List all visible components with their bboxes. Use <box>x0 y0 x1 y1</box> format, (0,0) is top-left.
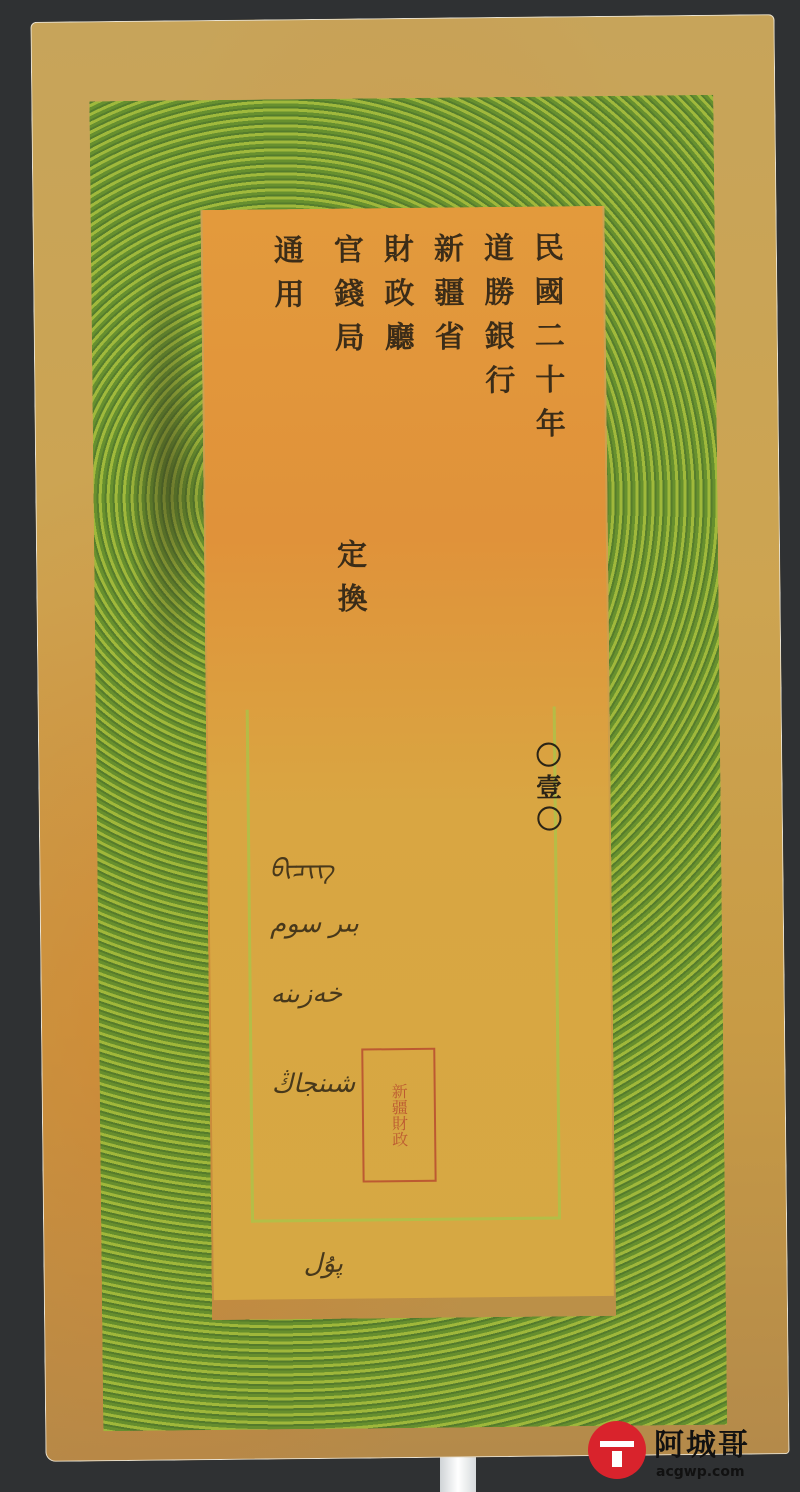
text-column-1: 道勝銀行 <box>473 232 519 408</box>
text-column-5: 通用 <box>263 234 308 322</box>
red-seal: 新疆財政 <box>361 1048 436 1183</box>
script-line-5: ﭘﯘﻝ <box>303 1249 343 1279</box>
watermark-url: acgwp.com <box>656 1464 750 1480</box>
text-column-6: 定換 <box>326 538 371 626</box>
stain <box>125 240 210 711</box>
script-line-4: ﺷﯩﻨﺠﺎﯓ <box>271 1069 355 1100</box>
date-column: 民國二十年 <box>523 231 569 451</box>
text-column-4: 官錢局 <box>323 233 368 365</box>
watermark-logo: 阿城哥 acgwp.com <box>588 1420 750 1480</box>
gate-icon <box>588 1421 646 1479</box>
value-mark: 〇壹〇 <box>528 741 566 837</box>
script-line-2: ﺑﯩﺮ ﺳﻮﻡ <box>270 909 359 940</box>
script-line-1: ᠪᠢᠴᠢᠭ <box>269 839 334 886</box>
watermark-name: 阿城哥 <box>654 1420 750 1464</box>
script-line-3: ﺧﻪﺯﯨﻨﻪ <box>271 979 343 1010</box>
text-column-3: 財政廳 <box>373 233 418 365</box>
text-column-2: 新疆省 <box>423 232 468 364</box>
banknote: 民國二十年 道勝銀行 新疆省 財政廳 官錢局 通用 定換 〇壹〇 ᠪᠢᠴᠢᠭ ﺑ… <box>30 14 789 1462</box>
